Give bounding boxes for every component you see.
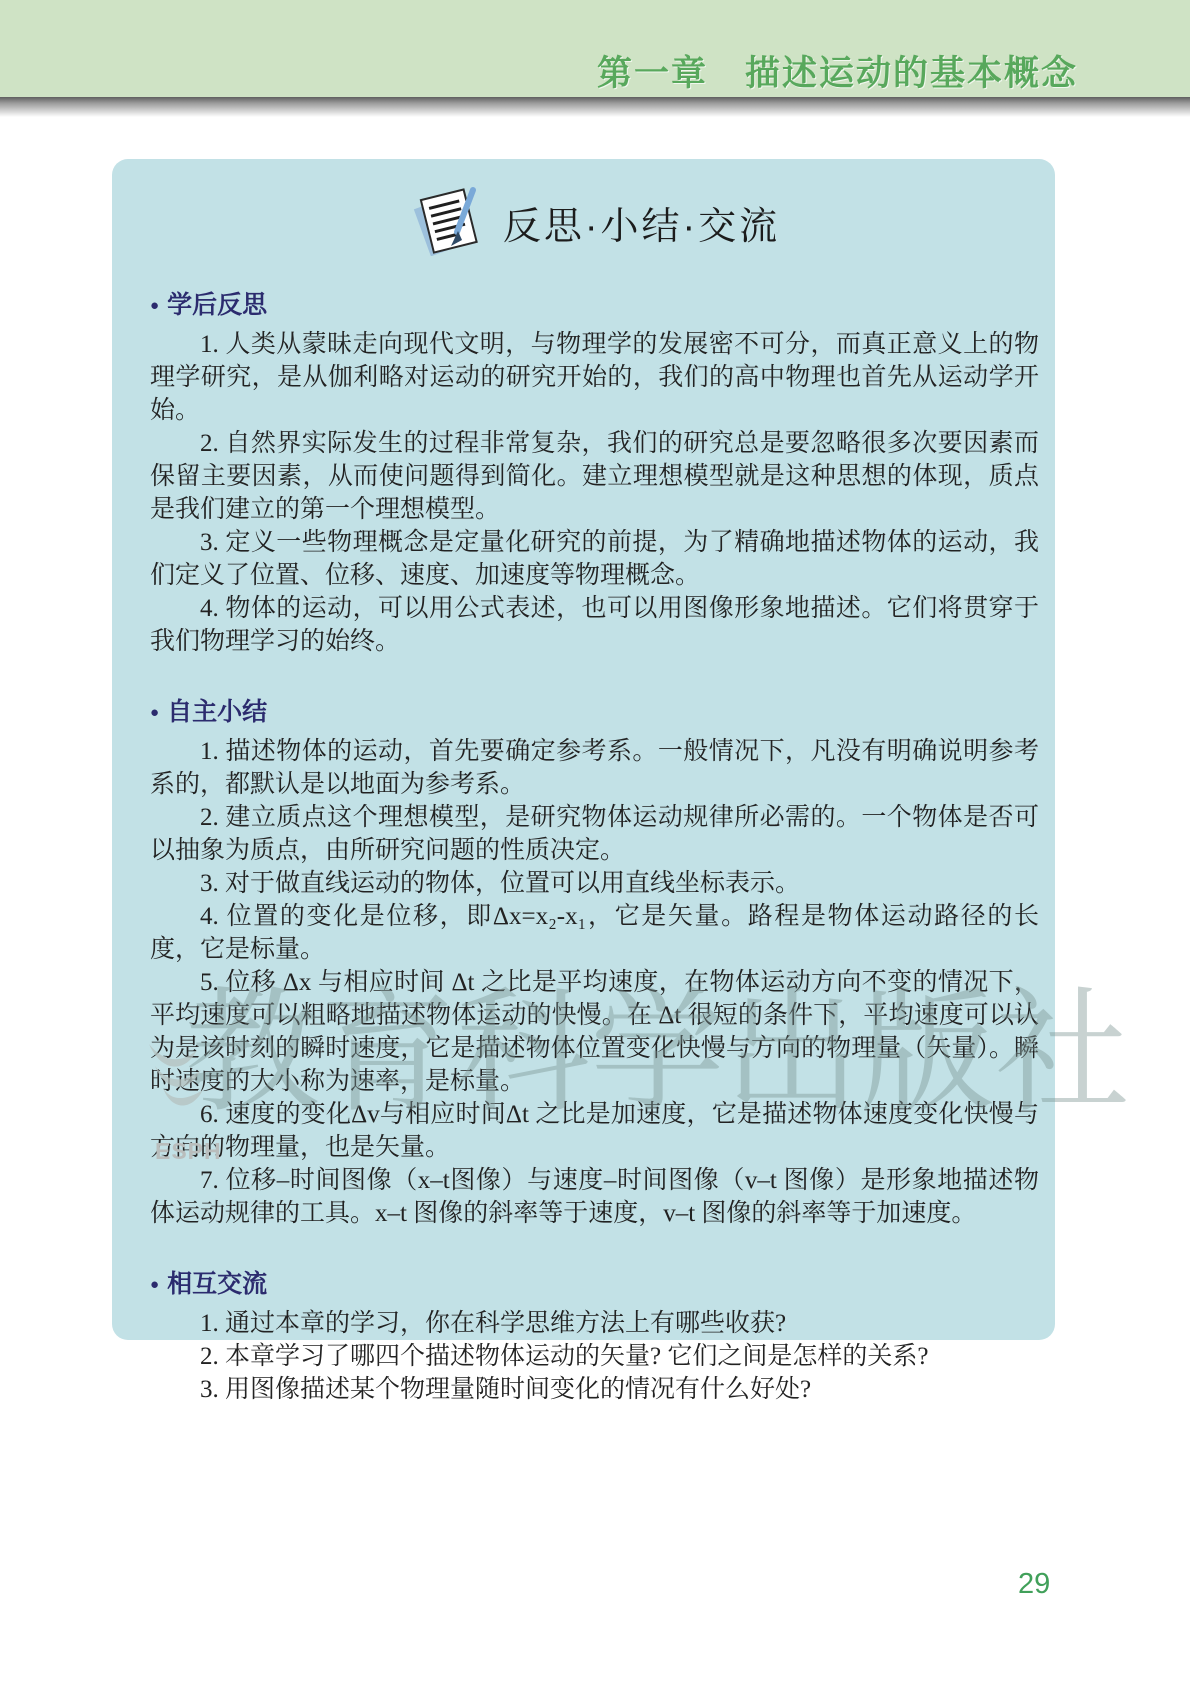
paragraph: 4. 物体的运动，可以用公式表述，也可以用图像形象地描述。它们将贯穿于我们物理学…	[150, 592, 1039, 658]
paragraph: 7. 位移–时间图像（x–t图像）与速度–时间图像（v–t 图像）是形象地描述物…	[150, 1164, 1039, 1230]
section-heading-label: 学后反思	[167, 291, 267, 319]
section-self-summary: ●自主小结 1. 描述物体的运动，首先要确定参考系。一般情况下，凡没有明确说明参…	[150, 696, 1039, 1230]
section-heading: ●相互交流	[150, 1268, 1039, 1301]
section-mutual-exchange: ●相互交流 1. 通过本章的学习，你在科学思维方法上有哪些收获? 2. 本章学习…	[150, 1268, 1039, 1406]
paragraph: 2. 本章学习了哪四个描述物体运动的矢量? 它们之间是怎样的关系?	[150, 1340, 1039, 1373]
paragraph: 1. 人类从蒙昧走向现代文明，与物理学的发展密不可分，而真正意义上的物理学研究，…	[150, 328, 1039, 427]
paragraph: 6. 速度的变化Δv与相应时间Δt 之比是加速度，它是描述物体速度变化快慢与方向…	[150, 1098, 1039, 1164]
summary-panel: 反思·小结·交流 ●学后反思 1. 人类从蒙昧走向现代文明，与物理学的发展密不可…	[112, 159, 1055, 1340]
chapter-title: 第一章 描述运动的基本概念	[597, 46, 1078, 96]
panel-title: 反思·小结·交流	[503, 195, 780, 250]
paragraph: 3. 用图像描述某个物理量随时间变化的情况有什么好处?	[150, 1373, 1039, 1406]
section-heading: ●学后反思	[150, 289, 1039, 322]
header-shadow	[0, 97, 1190, 117]
section-after-study-reflection: ●学后反思 1. 人类从蒙昧走向现代文明，与物理学的发展密不可分，而真正意义上的…	[150, 289, 1039, 658]
bullet-icon: ●	[150, 297, 159, 314]
page-number: 29	[1018, 1568, 1050, 1601]
bullet-icon: ●	[150, 1276, 159, 1293]
section-heading-label: 自主小结	[167, 698, 267, 726]
paragraph: 1. 描述物体的运动，首先要确定参考系。一般情况下，凡没有明确说明参考系的，都默…	[150, 735, 1039, 801]
paragraph: 1. 通过本章的学习，你在科学思维方法上有哪些收获?	[150, 1307, 1039, 1340]
paragraph: 4. 位置的变化是位移，即Δx=x₂-x₁，它是矢量。路程是物体运动路径的长度，…	[150, 900, 1039, 966]
section-heading-label: 相互交流	[167, 1270, 267, 1298]
paragraph: 3. 定义一些物理概念是定量化研究的前提，为了精确地描述物体的运动，我们定义了位…	[150, 526, 1039, 592]
paragraph: 2. 建立质点这个理想模型，是研究物体运动规律所必需的。一个物体是否可以抽象为质…	[150, 801, 1039, 867]
panel-title-row: 反思·小结·交流	[150, 185, 1039, 259]
notebook-pen-icon	[409, 184, 489, 261]
paragraph: 5. 位移 Δx 与相应时间 Δt 之比是平均速度，在物体运动方向不变的情况下，…	[150, 966, 1039, 1098]
bullet-icon: ●	[150, 704, 159, 721]
paragraph: 2. 自然界实际发生的过程非常复杂，我们的研究总是要忽略很多次要因素而保留主要因…	[150, 427, 1039, 526]
section-heading: ●自主小结	[150, 696, 1039, 729]
paragraph: 3. 对于做直线运动的物体，位置可以用直线坐标表示。	[150, 867, 1039, 900]
